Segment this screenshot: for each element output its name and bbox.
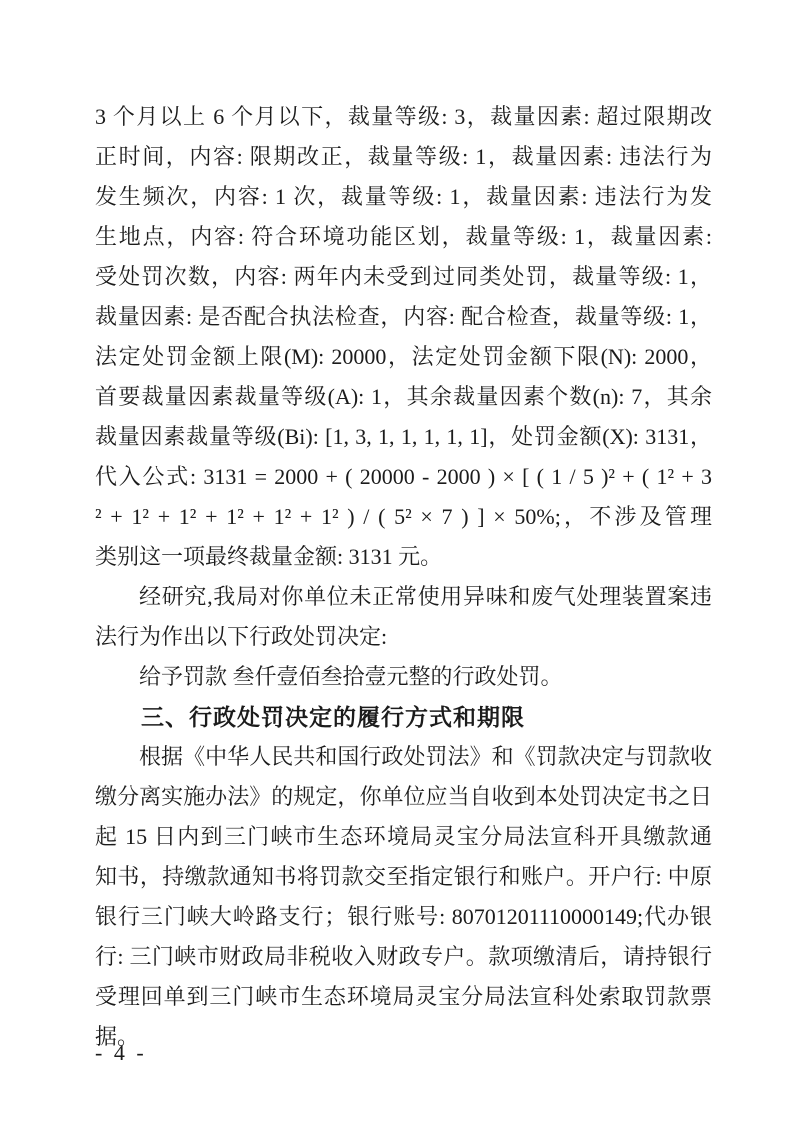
payment-instruction-line: 缴分离实施办法》的规定，你单位应当自收到本处罚决定书之日 — [95, 777, 712, 817]
payment-instruction-line: 知书，持缴款通知书将罚款交至指定银行和账户。开户行: 中原 — [95, 857, 712, 897]
document-text-block: 3 个月以上 6 个月以下，裁量等级: 3，裁量因素: 超过限期改 正时间，内容… — [95, 97, 712, 1057]
payment-instruction-line: 据。 — [95, 1017, 712, 1057]
formula-line: ² + 1² + 1² + 1² + 1² + 1² ) / ( 5² × 7 … — [95, 497, 712, 537]
body-line: 法定处罚金额上限(M): 20000，法定处罚金额下限(N): 2000， — [95, 337, 712, 377]
body-line: 首要裁量因素裁量等级(A): 1，其余裁量因素个数(n): 7，其余 — [95, 377, 712, 417]
final-amount-line: 类别这一项最终裁量金额: 3131 元。 — [95, 537, 712, 577]
bank-account-line: 银行三门峡大岭路支行；银行账号: 80701201110000149;代办银 — [95, 897, 712, 937]
payment-instruction-line: 起 15 日内到三门峡市生态环境局灵宝分局法宣科开具缴款通 — [95, 817, 712, 857]
body-line: 裁量因素裁量等级(Bi): [1, 3, 1, 1, 1, 1, 1]，处罚金额… — [95, 417, 712, 457]
document-page: 3 个月以上 6 个月以下，裁量等级: 3，裁量因素: 超过限期改 正时间，内容… — [0, 0, 793, 1122]
payment-instruction-line: 受理回单到三门峡市生态环境局灵宝分局法宣科处索取罚款票 — [95, 977, 712, 1017]
body-line: 裁量因素: 是否配合执法检查，内容: 配合检查，裁量等级: 1， — [95, 297, 712, 337]
body-line: 生地点，内容: 符合环境功能区划，裁量等级: 1，裁量因素: — [95, 217, 712, 257]
body-line: 受处罚次数，内容: 两年内未受到过同类处罚，裁量等级: 1， — [95, 257, 712, 297]
formula-line: 代入公式: 3131 = 2000 + ( 20000 - 2000 ) × [… — [95, 457, 712, 497]
page-number: - 4 - — [95, 1033, 147, 1073]
body-line: 正时间，内容: 限期改正，裁量等级: 1，裁量因素: 违法行为 — [95, 137, 712, 177]
decision-intro-line: 法行为作出以下行政处罚决定: — [95, 617, 712, 657]
body-line: 发生频次，内容: 1 次，裁量等级: 1，裁量因素: 违法行为发 — [95, 177, 712, 217]
payment-instruction-line: 根据《中华人民共和国行政处罚法》和《罚款决定与罚款收 — [95, 737, 712, 777]
section-heading: 三、行政处罚决定的履行方式和期限 — [95, 697, 712, 737]
decision-intro-line: 经研究,我局对你单位未正常使用异味和废气处理装置案违 — [95, 577, 712, 617]
penalty-amount-line: 给予罚款 叁仟壹佰叁拾壹元整的行政处罚。 — [95, 657, 712, 697]
payment-instruction-line: 行: 三门峡市财政局非税收入财政专户。款项缴清后，请持银行 — [95, 937, 712, 977]
body-line: 3 个月以上 6 个月以下，裁量等级: 3，裁量因素: 超过限期改 — [95, 97, 712, 137]
